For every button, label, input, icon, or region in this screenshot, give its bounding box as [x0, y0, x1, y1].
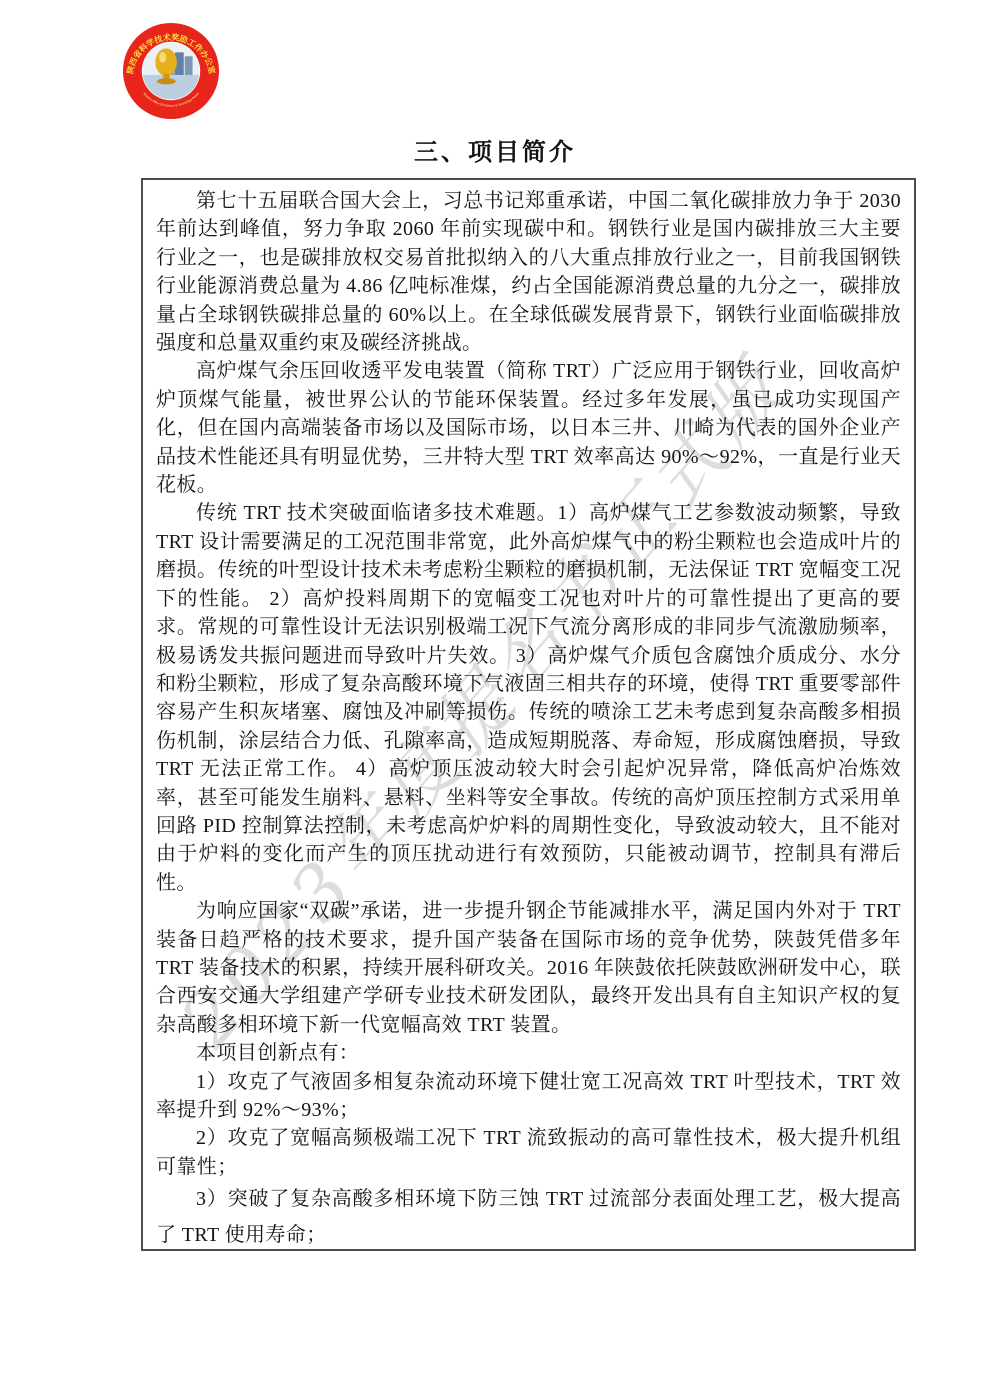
paragraph-innovation-1: 1）攻克了气液固多相复杂流动环境下健壮宽工况高效 TRT 叶型技术，TRT 效率… [156, 1068, 901, 1125]
project-intro-box: 第七十五届联合国大会上，习总书记郑重承诺，中国二氧化碳排放力争于 2030 年前… [141, 178, 916, 1251]
office-seal-logo: 陕西省科学技术奖励工作办公室 Shaanxi Office Of Science… [122, 22, 220, 120]
paragraph-trt-overview: 高炉煤气余压回收透平发电装置（简称 TRT）广泛应用于钢铁行业，回收高炉炉顶煤气… [156, 357, 901, 499]
paragraph-innovations-intro: 本项目创新点有： [156, 1039, 901, 1067]
paragraph-background: 第七十五届联合国大会上，习总书记郑重承诺，中国二氧化碳排放力争于 2030 年前… [156, 187, 901, 357]
document-page: 2023年度提名书正式版 陕西省科学技术奖励工 [0, 0, 990, 1399]
paragraph-challenges: 传统 TRT 技术突破面临诸多技术难题。1）高炉煤气工艺参数波动频繁，导致 TR… [156, 499, 901, 897]
paragraph-innovation-3: 3）突破了复杂高酸多相环境下防三蚀 TRT 过流部分表面处理工艺，极大提高了 T… [156, 1181, 901, 1251]
section-title: 三、项目简介 [0, 132, 990, 167]
paragraph-development: 为响应国家“双碳”承诺，进一步提升钢企节能减排水平，满足国内外对于 TRT 装备… [156, 897, 901, 1039]
trophy-icon [155, 48, 177, 75]
seal-icon: 陕西省科学技术奖励工作办公室 Shaanxi Office Of Science… [122, 22, 220, 120]
paragraph-innovation-2: 2）攻克了宽幅高频极端工况下 TRT 流致振动的高可靠性技术，极大提升机组可靠性… [156, 1124, 901, 1181]
